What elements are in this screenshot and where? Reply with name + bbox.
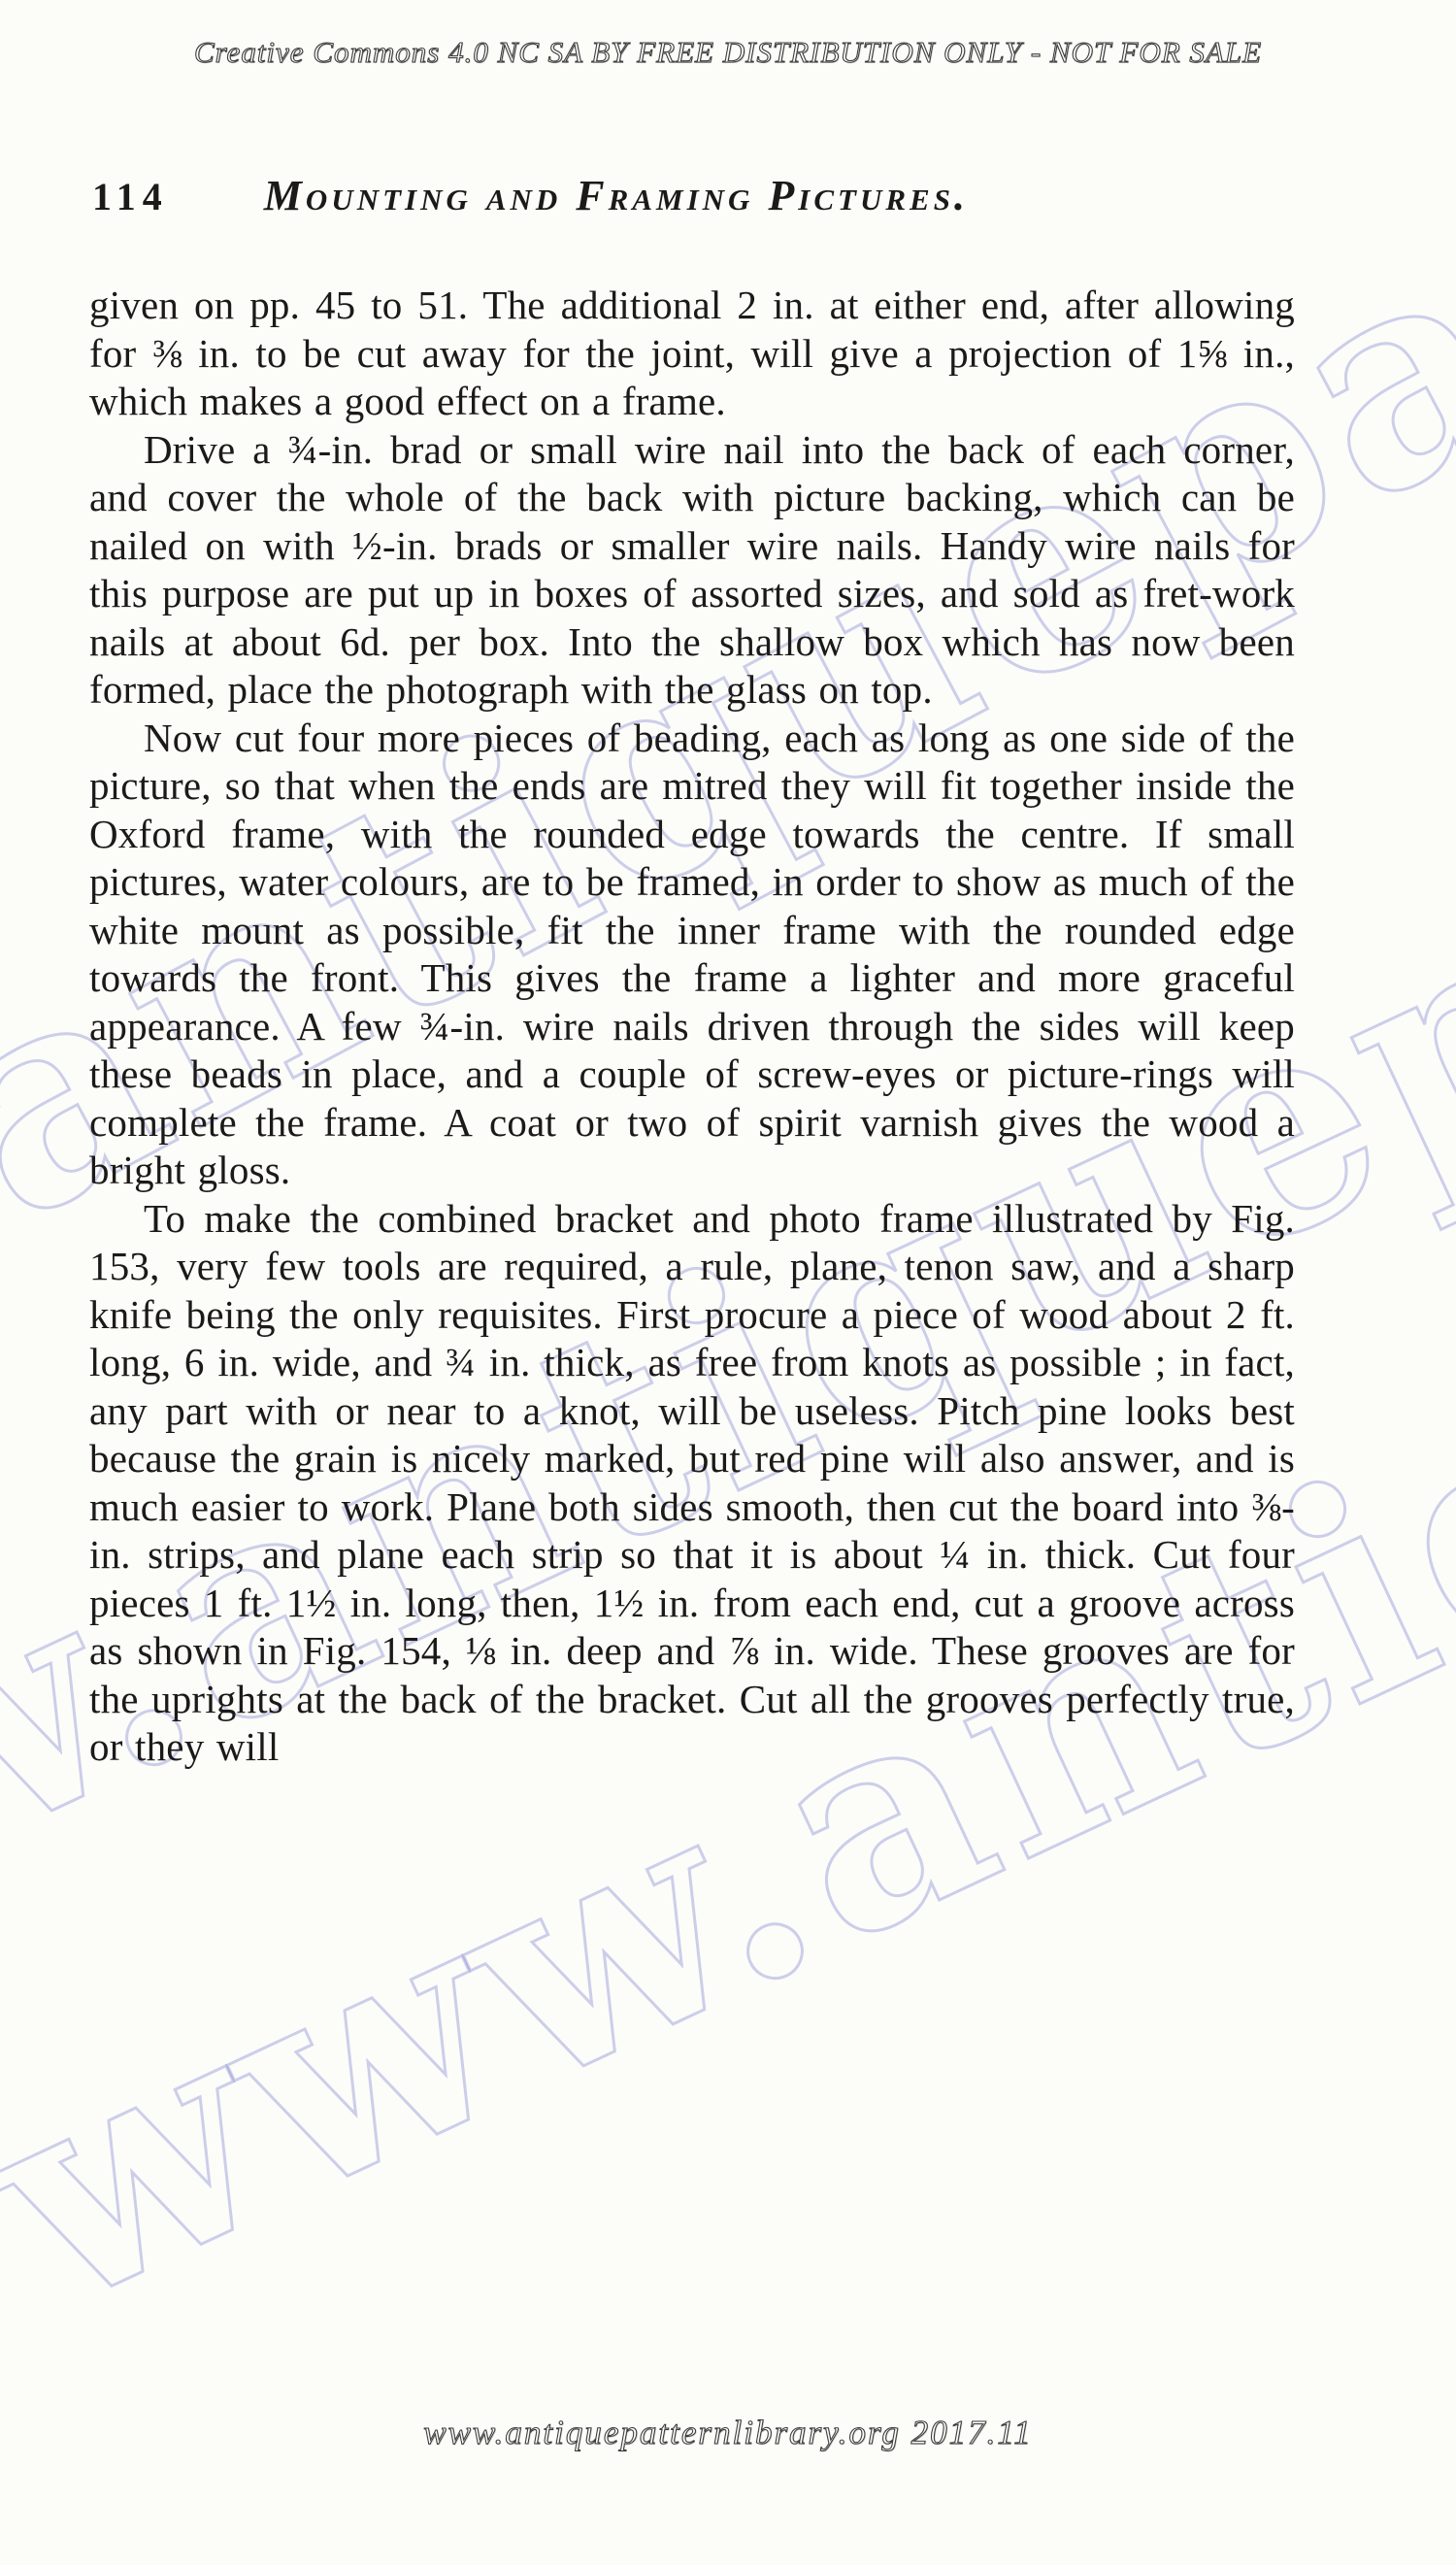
paragraph: Now cut four more pieces of beading, eac… [89, 715, 1295, 1195]
paragraph: Drive a ¾-in. brad or small wire nail in… [89, 426, 1295, 715]
scanned-book-page: www.antiquepatternlibrary.org www.antiqu… [0, 0, 1456, 2565]
page-header: 114 Mounting and Framing Pictures. [92, 171, 1301, 220]
body-text: given on pp. 45 to 51. The additional 2 … [89, 282, 1295, 1772]
page-number: 114 [92, 174, 169, 219]
paragraph: To make the combined bracket and photo f… [89, 1195, 1295, 1772]
running-title: Mounting and Framing Pictures. [264, 171, 969, 220]
creative-commons-notice: Creative Commons 4.0 NC SA BY FREE DISTR… [0, 35, 1456, 70]
paragraph: given on pp. 45 to 51. The additional 2 … [89, 282, 1295, 426]
footer-credit: www.antiquepatternlibrary.org 2017.11 [0, 2414, 1456, 2452]
